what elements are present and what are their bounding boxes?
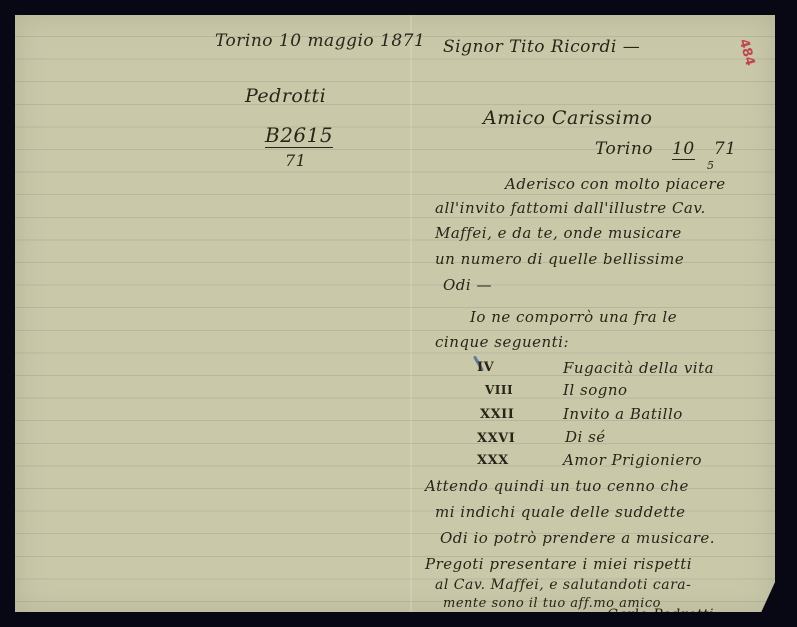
ode-title: Il sogno (563, 381, 628, 399)
date-place: Torino (595, 139, 653, 159)
reference-code: B2615 (265, 123, 333, 148)
ode-number: XXX (477, 453, 509, 468)
signature: Carlo Pedrotti (607, 607, 714, 623)
folio-number: 484 (736, 37, 758, 67)
ode-title: Amor Prigioniero (563, 451, 702, 469)
ode-title: Di sé (565, 428, 606, 446)
letter-paper: Torino 10 maggio 1871 Pedrotti B2615 71 … (15, 15, 775, 612)
ode-number: VIII (485, 383, 513, 397)
ode-title: Fugacità della vita (563, 359, 714, 377)
addressee: Signor Tito Ricordi — (443, 37, 640, 57)
reference-year: 71 (285, 151, 306, 170)
ode-number: XXVI (477, 431, 515, 446)
closing-line: al Cav. Maffei, e salutandoti cara- (435, 577, 691, 593)
body-line: Odi — (443, 276, 492, 294)
body-line: Io ne comporrò una fra le (470, 308, 677, 326)
salutation: Amico Carissimo (483, 107, 653, 129)
closing-line: Attendo quindi un tuo cenno che (425, 477, 689, 495)
body-line: Maffei, e da te, onde musicare (435, 224, 682, 242)
date-month: 5 (707, 159, 715, 172)
closing-line: mi indichi quale delle suddette (435, 503, 686, 521)
sender-name-note: Pedrotti (245, 85, 326, 107)
closing-line: Pregoti presentare i miei rispetti (425, 555, 692, 573)
ode-number: XXII (480, 407, 514, 422)
header-date: Torino 10 maggio 1871 (215, 31, 425, 51)
body-line: un numero di quelle bellissime (435, 250, 684, 268)
letter-date: Torino 10 5 71 (595, 139, 736, 159)
body-line: all'invito fattomi dall'illustre Cav. (435, 199, 706, 217)
body-line: Aderisco con molto piacere (505, 175, 726, 193)
date-year: 71 (714, 139, 737, 159)
body-line: cinque seguenti: (435, 333, 569, 351)
ode-number: IV (477, 360, 494, 375)
date-day: 10 (672, 139, 695, 160)
closing-line: Odi io potrò prendere a musicare. (440, 529, 715, 547)
ode-title: Invito a Batillo (563, 405, 683, 423)
paper-fold (410, 15, 412, 612)
